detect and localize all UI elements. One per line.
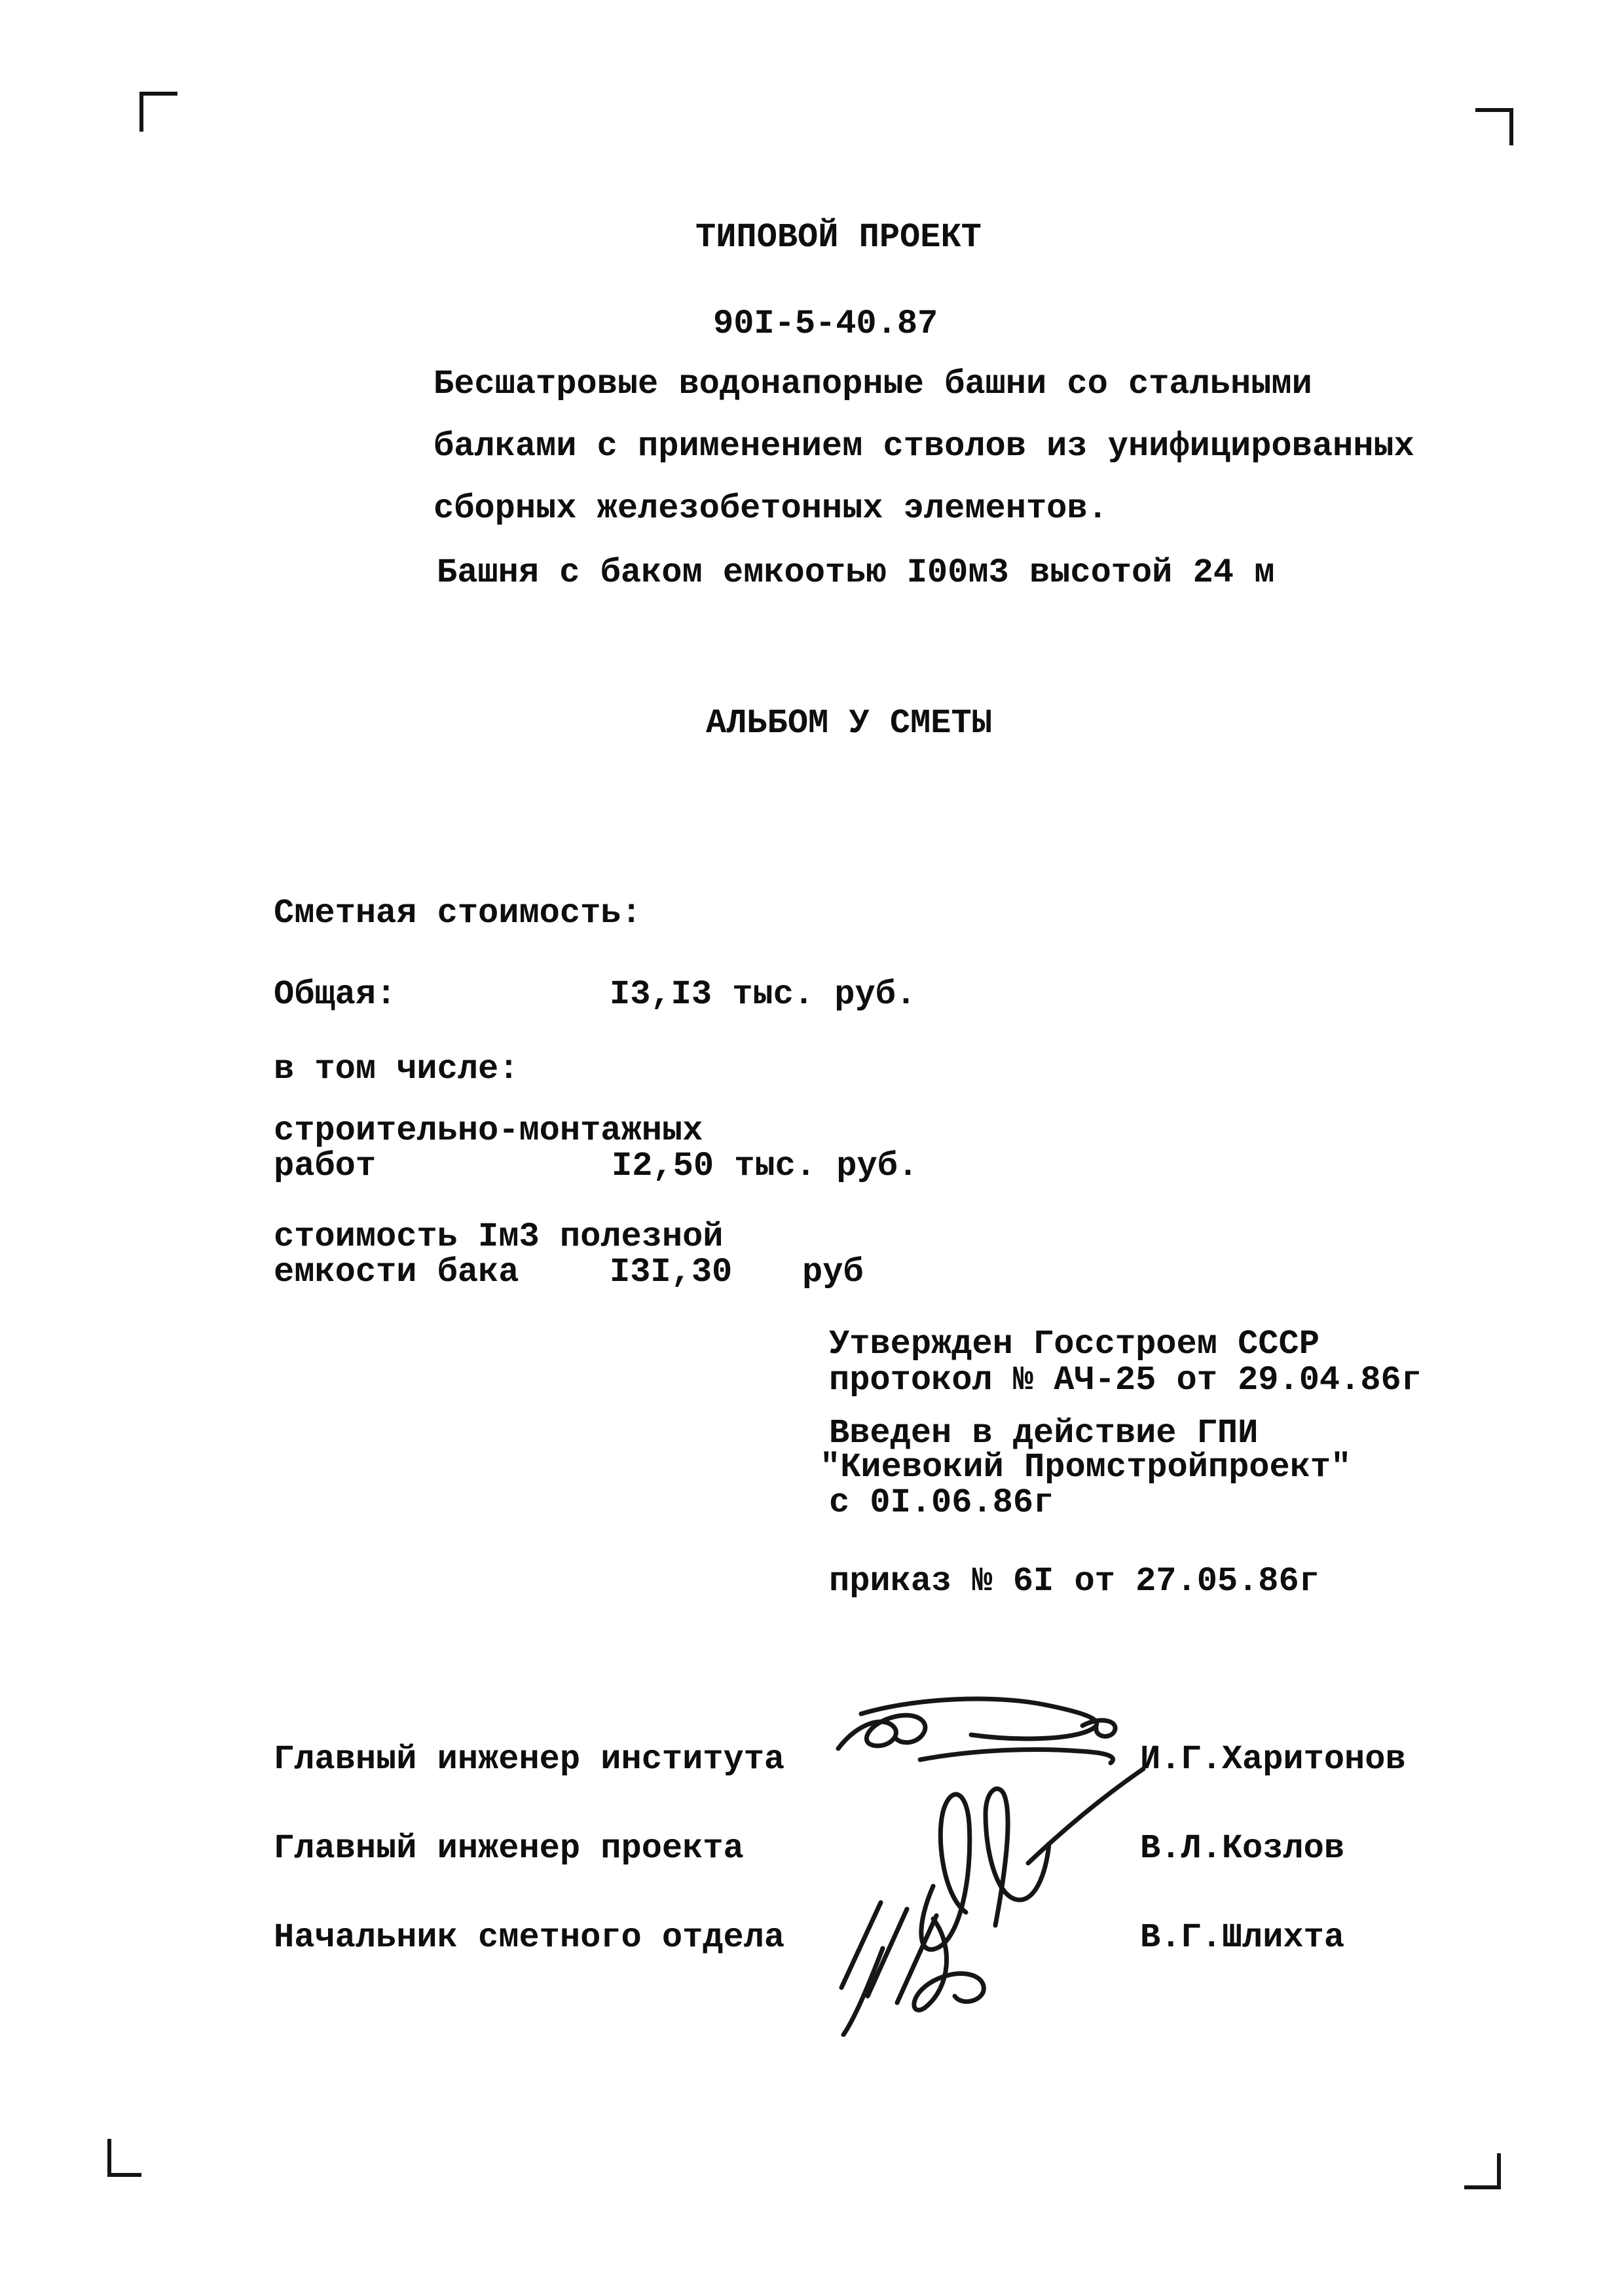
construction-value: I2,50 тыс. руб. [612,1149,918,1185]
cost-heading: Сметная стоимость: [274,896,642,932]
album-title: АЛЬБОМ У СМЕТЫ [706,706,992,742]
crop-mark-top-right [1475,108,1513,145]
description-line-2: балками с применением стволов из унифици… [434,429,1414,465]
crop-mark-bottom-right [1464,2153,1501,2189]
signatory-name-kozlov: В.Л.Козлов [1140,1831,1344,1867]
signatory-position-chief-engineer-institute: Главный инженер института [274,1742,784,1778]
signatory-name-shlikhta: В.Г.Шлихта [1140,1920,1344,1956]
approval-line-6: приказ № 6I от 27.05.86г [829,1564,1319,1600]
document-title: ТИПОВОЙ ПРОЕКТ [695,220,982,256]
crop-mark-bottom-left [107,2139,141,2177]
approval-line-3: Введен в действие ГПИ [829,1416,1258,1452]
including-label: в том числе: [274,1052,519,1088]
signatory-name-kharitonov: И.Г.Харитонов [1140,1742,1406,1778]
unit-cost-label-line-2: емкости бака [274,1255,519,1291]
scanned-document-page: ТИПОВОЙ ПРОЕКТ 90I-5-40.87 Бесшатровые в… [0,0,1624,2281]
construction-label-line-2: работ [274,1149,376,1185]
approval-line-4: "Киевокий Промстройпроект" [820,1450,1351,1486]
total-cost-label: Общая: [274,977,396,1013]
unit-cost-unit: руб [802,1255,864,1291]
unit-cost-value: I3I,30 [610,1255,732,1291]
approval-line-5: с 0I.06.86г [829,1485,1054,1521]
project-number: 90I-5-40.87 [713,306,938,343]
approval-line-2: протокол № АЧ-25 от 29.04.86г [829,1363,1422,1399]
approval-line-1: Утвержден Госстроем СССР [829,1327,1319,1363]
description-line-1: Бесшатровые водонапорные башни со стальн… [434,367,1312,403]
signatory-position-chief-project-engineer: Главный инженер проекта [274,1831,744,1867]
description-line-3: сборных железобетонных элементов. [434,491,1108,527]
signatory-position-estimate-dept-head: Начальник сметного отдела [274,1920,784,1956]
unit-cost-label-line-1: стоимость Iм3 полезной [274,1219,724,1255]
crop-mark-top-left [139,92,177,132]
construction-label-line-1: строительно-монтажных [274,1113,703,1149]
signature-shlikhta [805,1847,1080,2037]
tower-spec-line: Башня с баком емкоотью I00м3 высотой 24 … [437,555,1274,591]
total-cost-value: I3,I3 тыс. руб. [610,977,916,1013]
